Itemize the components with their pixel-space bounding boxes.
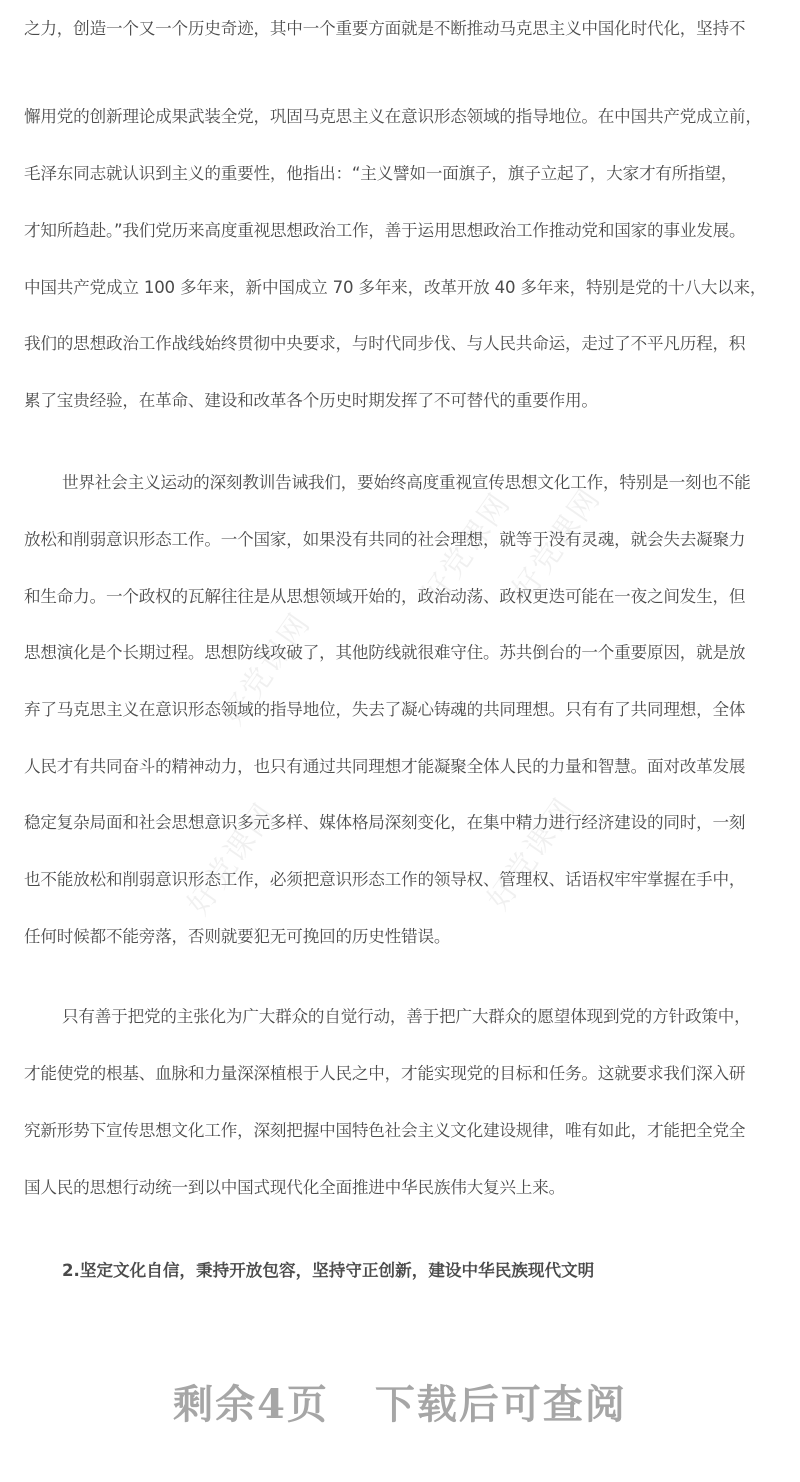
document-page: 好党课网 好党课网 好党课网 好党课网 好党课网 之力，创造一个又一个历史奇迹，… [0,0,800,1482]
download-to-view-label[interactable]: 下载后可查阅 [375,1380,627,1430]
text-line: 之力，创造一个又一个历史奇迹，其中一个重要方面就是不断推动马克思主义中国化时代化… [24,18,776,40]
text-line: 人民才有共同奋斗的精神动力，也只有通过共同理想才能凝聚全体人民的力量和智慧。面对… [24,756,776,778]
text-line: 才知所趋赴。”我们党历来高度重视思想政治工作，善于运用思想政治工作推动党和国家的… [24,220,776,242]
text-line: 也不能放松和削弱意识形态工作，必须把意识形态工作的领导权、管理权、话语权牢牢掌握… [24,869,776,891]
text-line: 国人民的思想行动统一到以中国式现代化全面推进中华民族伟大复兴上来。 [24,1177,776,1199]
text-line: 稳定复杂局面和社会思想意识多元多样、媒体格局深刻变化，在集中精力进行经济建设的同… [24,812,776,834]
text-line: 才能使党的根基、血脉和力量深深植根于人民之中，才能实现党的目标和任务。这就要求我… [24,1063,776,1085]
text-line: 弃了马克思主义在意识形态领域的指导地位，失去了凝心铸魂的共同理想。只有有了共同理… [24,699,776,721]
paragraph-first-line: 只有善于把党的主张化为广大群众的自觉行动，善于把广大群众的愿望体现到党的方针政策… [62,1006,776,1028]
remaining-pages-label: 剩余4页 [173,1380,329,1430]
text-line: 中国共产党成立 100 多年来，新中国成立 70 多年来，改革开放 40 多年来… [24,277,776,299]
text-line: 思想演化是个长期过程。思想防线攻破了，其他防线就很难守住。苏共倒台的一个重要原因… [24,642,776,664]
watermark: 好党课网 [474,787,583,917]
text-line: 我们的思想政治工作战线始终贯彻中央要求，与时代同步伐、与人民共命运，走过了不平凡… [24,333,776,355]
section-heading: 2.坚定文化自信，秉持开放包容，坚持守正创新，建设中华民族现代文明 [62,1260,594,1282]
text-line: 懈用党的创新理论成果武装全党，巩固马克思主义在意识形态领域的指导地位。在中国共产… [24,106,776,128]
text-line: 累了宝贵经验，在革命、建设和改革各个历史时期发挥了不可替代的重要作用。 [24,390,776,412]
paragraph-first-line: 世界社会主义运动的深刻教训告诫我们，要始终高度重视宣传思想文化工作，特别是一刻也… [62,472,776,494]
text-line: 究新形势下宣传思想文化工作，深刻把握中国特色社会主义文化建设规律，唯有如此，才能… [24,1120,776,1142]
download-prompt[interactable]: 剩余4页下载后可查阅 [0,1380,800,1430]
text-line: 放松和削弱意识形态工作。一个国家，如果没有共同的社会理想，就等于没有灵魂，就会失… [24,529,776,551]
text-line: 毛泽东同志就认识到主义的重要性，他指出：“主义譬如一面旗子，旗子立起了，大家才有… [24,163,776,185]
text-line: 任何时候都不能旁落，否则就要犯无可挽回的历史性错误。 [24,926,776,948]
text-line: 和生命力。一个政权的瓦解往往是从思想领域开始的，政治动荡、政权更迭可能在一夜之间… [24,586,776,608]
